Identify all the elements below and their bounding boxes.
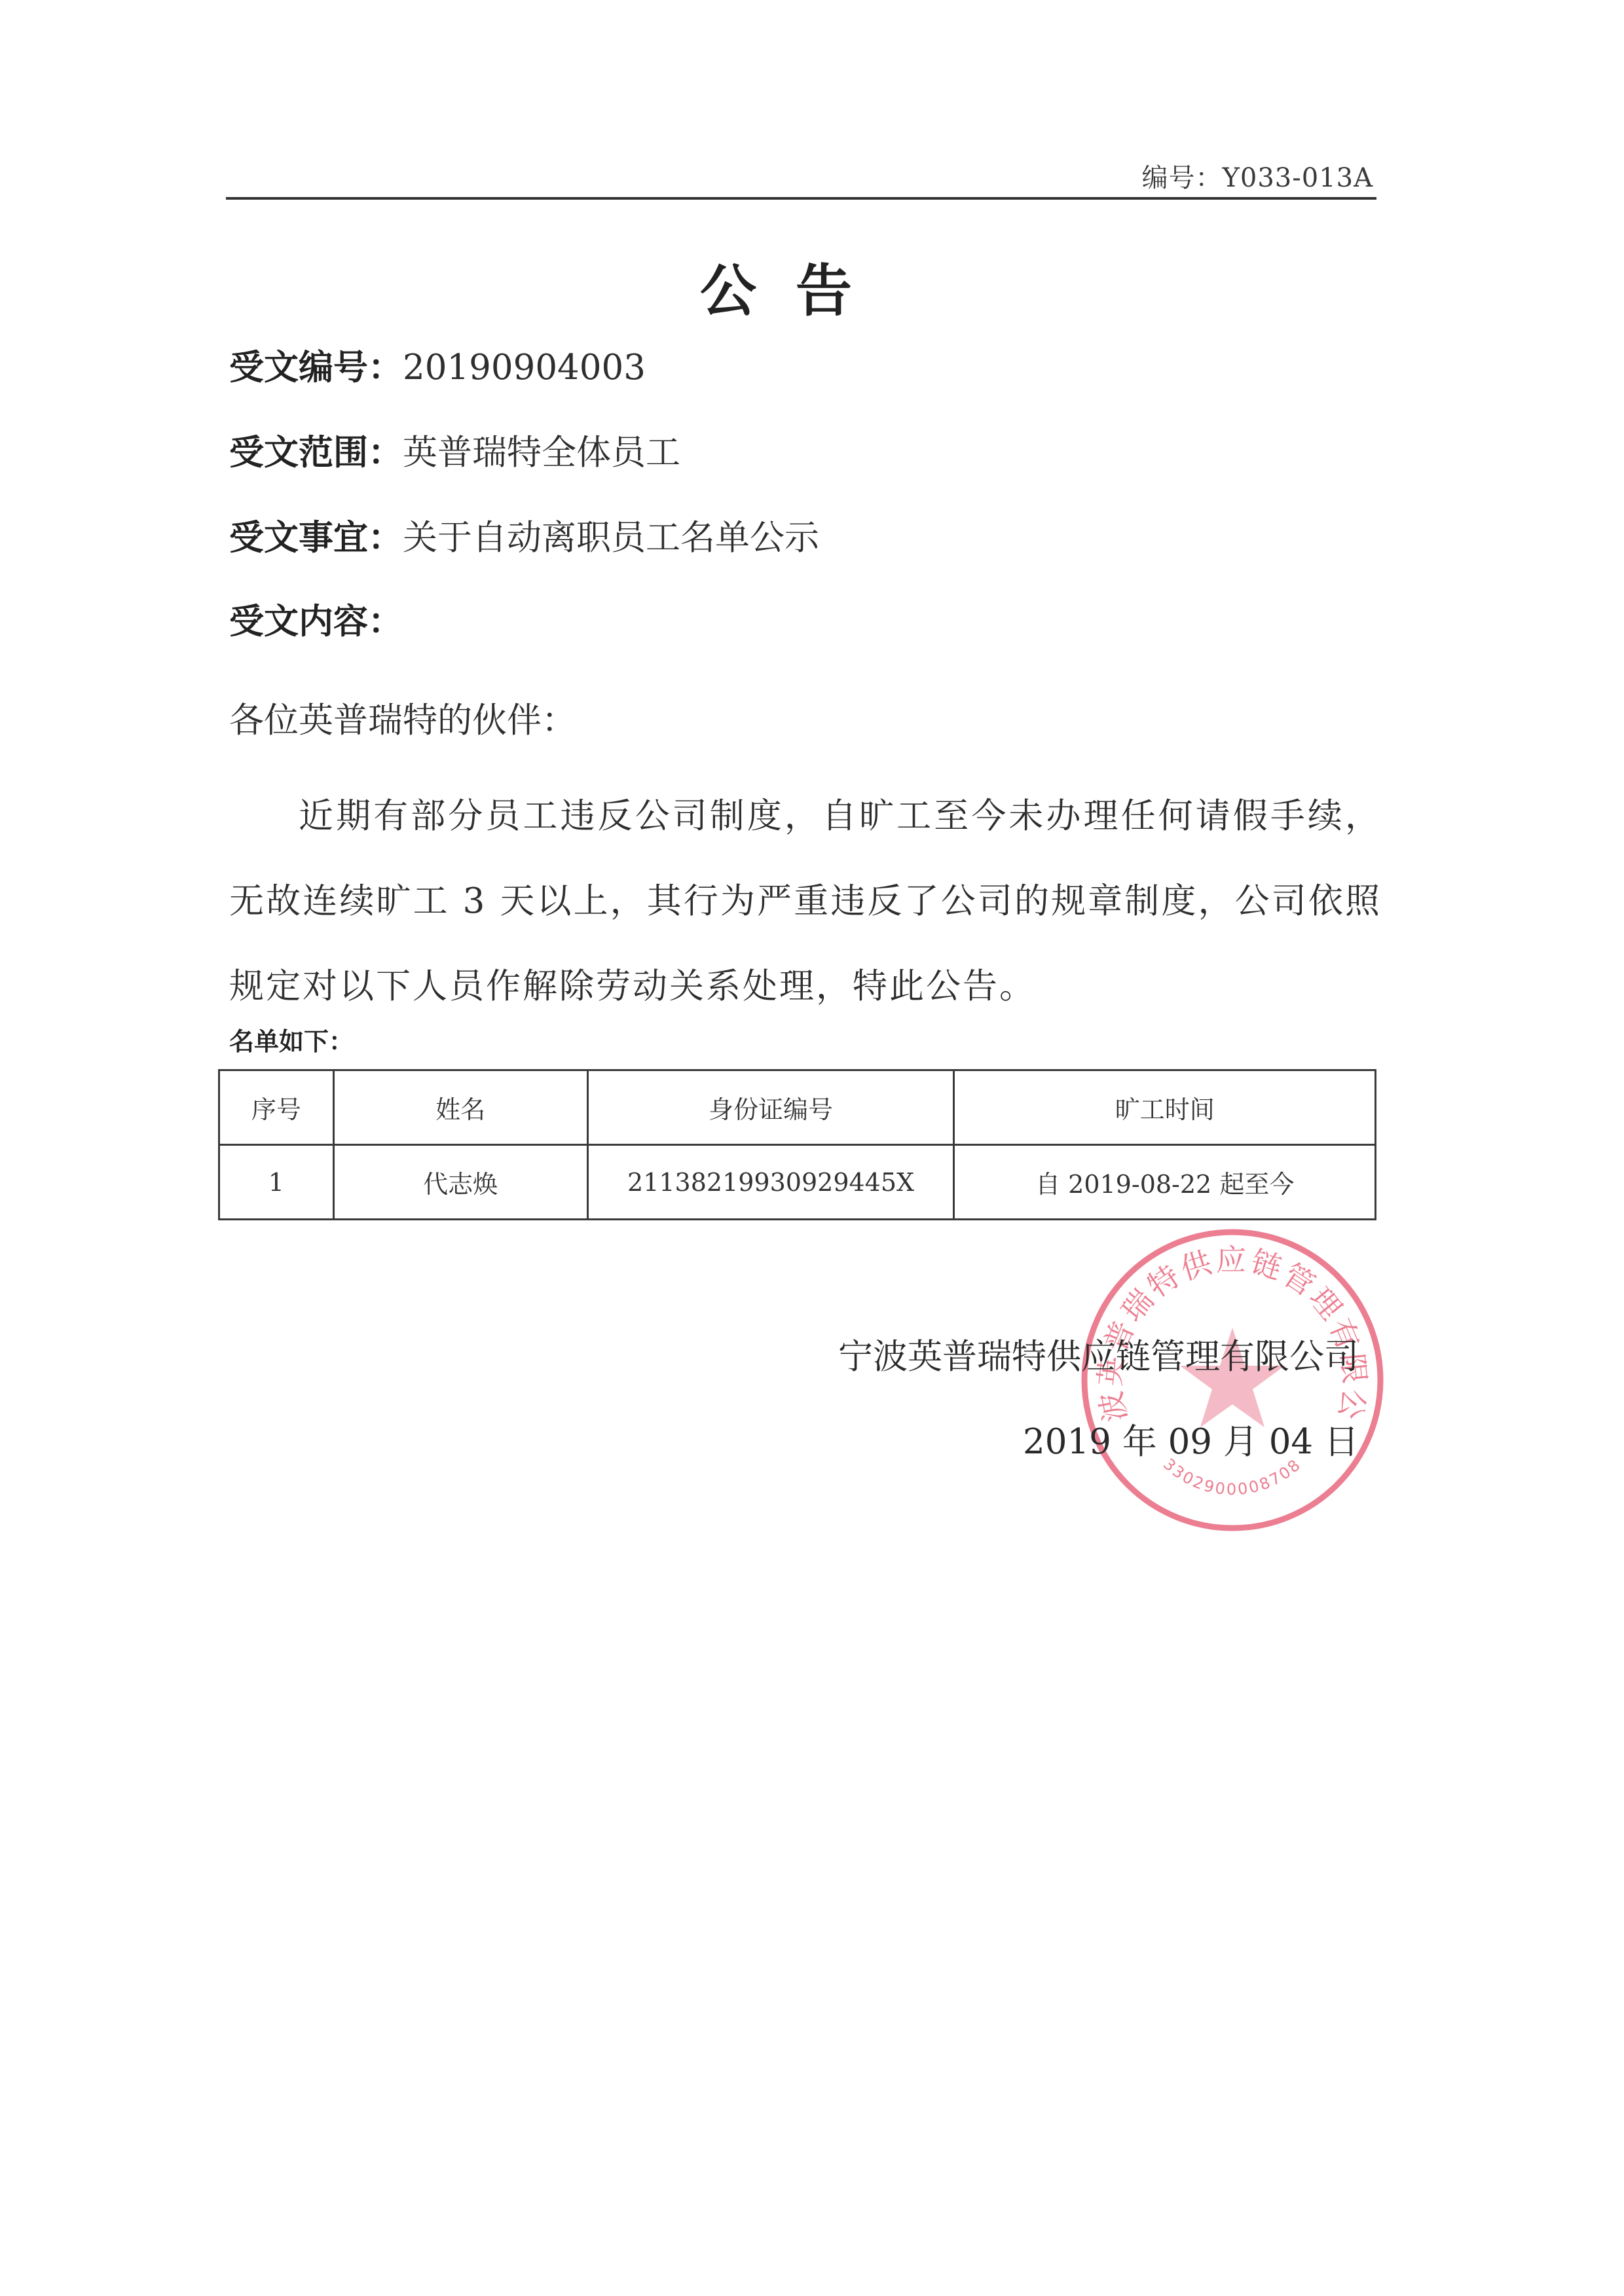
cell-index: 1 xyxy=(219,1145,334,1220)
signature-date: 2019 年 09 月 04 日 xyxy=(1023,1414,1359,1464)
employee-table: 序号 姓名 身份证编号 旷工时间 1 代志焕 21138219930929445… xyxy=(218,1069,1376,1220)
column-header-index: 序号 xyxy=(219,1070,334,1145)
cell-name: 代志焕 xyxy=(333,1145,587,1220)
body-paragraph: 近期有部分员工违反公司制度，自旷工至今未办理任何请假手续，无故连续旷工 3 天以… xyxy=(229,774,1382,1029)
column-header-name: 姓名 xyxy=(333,1070,587,1145)
greeting: 各位英普瑞特的伙伴： xyxy=(229,693,576,742)
column-header-absence: 旷工时间 xyxy=(954,1070,1376,1145)
list-label: 名单如下： xyxy=(229,1021,354,1057)
signature-company: 宁波英普瑞特供应链管理有限公司 xyxy=(838,1329,1359,1379)
field-content: 受文内容： xyxy=(229,604,403,639)
document-number: 编号：Y033-013A xyxy=(1141,157,1373,194)
cell-absence: 自 2019-08-22 起至今 xyxy=(954,1145,1376,1220)
table-row: 1 代志焕 21138219930929445X 自 2019-08-22 起至… xyxy=(219,1145,1376,1220)
document-number-label: 编号： xyxy=(1141,163,1222,193)
document-number-value: Y033-013A xyxy=(1222,163,1373,193)
field-value: 关于自动离职员工名单公示 xyxy=(403,518,819,558)
field-subject: 受文事宜：关于自动离职员工名单公示 xyxy=(229,520,819,555)
field-label: 受文范围： xyxy=(229,433,403,473)
column-header-id-number: 身份证编号 xyxy=(587,1070,954,1145)
page-title: 公告 xyxy=(0,246,1591,327)
field-label: 受文事宜： xyxy=(229,518,403,558)
field-doc-id: 受文编号：20190904003 xyxy=(229,350,646,385)
table-header-row: 序号 姓名 身份证编号 旷工时间 xyxy=(219,1070,1376,1145)
header-divider xyxy=(226,197,1376,200)
company-seal-icon: 宁波英普瑞特供应链管理有限公司 3302900008708 xyxy=(1075,1223,1390,1537)
field-value: 20190904003 xyxy=(403,348,646,388)
field-value: 英普瑞特全体员工 xyxy=(403,433,680,473)
cell-id-number: 21138219930929445X xyxy=(587,1145,954,1220)
field-scope: 受文范围：英普瑞特全体员工 xyxy=(229,435,680,470)
field-label: 受文编号： xyxy=(229,348,403,388)
field-label: 受文内容： xyxy=(229,602,403,642)
